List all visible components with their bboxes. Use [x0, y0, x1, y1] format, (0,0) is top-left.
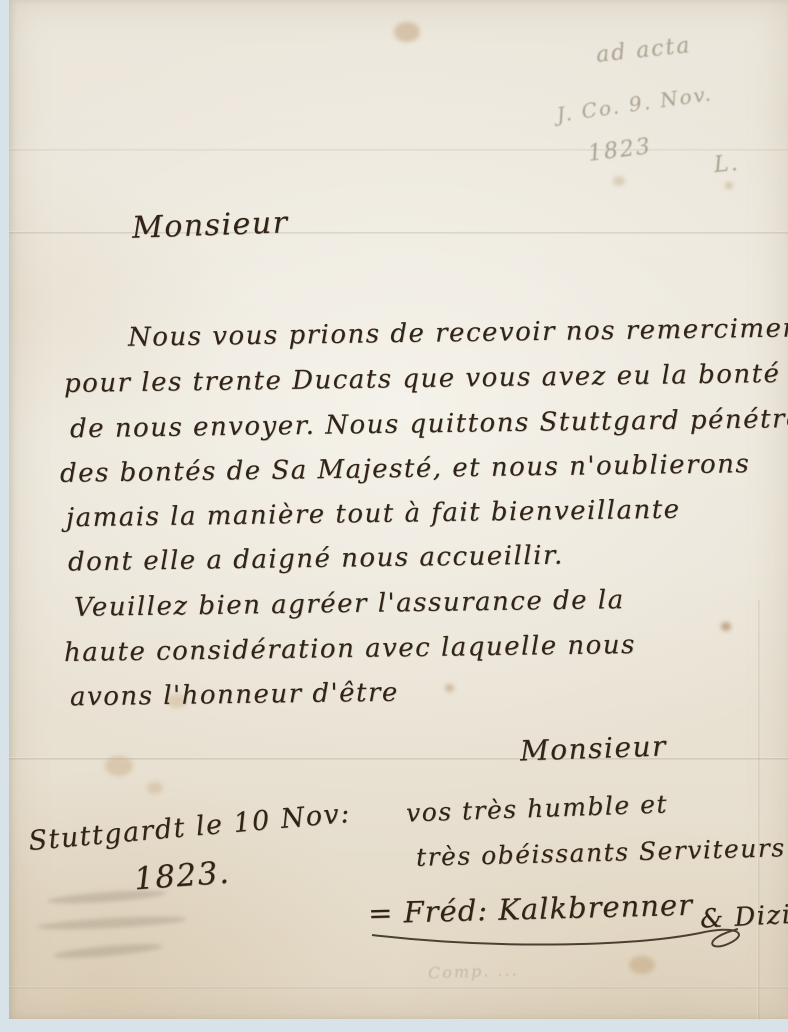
stain: [445, 684, 454, 692]
stain: [394, 22, 420, 42]
stain: [725, 182, 733, 189]
pencil-scribble: [37, 914, 187, 932]
closing-address: Monsieur: [519, 729, 667, 767]
stain: [629, 956, 655, 974]
dateline-year: 1823.: [133, 855, 232, 898]
signature-flourish: [370, 905, 770, 955]
fold-crease-upper: [9, 231, 788, 234]
stain: [613, 176, 625, 186]
fold-crease-bottom: [9, 986, 788, 989]
pencil-scribble: [53, 941, 163, 961]
stain: [105, 756, 133, 776]
body-line: avons l'honneur d'être: [70, 678, 399, 713]
stain: [147, 782, 163, 794]
fold-crease-right: [757, 600, 760, 1020]
stain: [721, 622, 731, 631]
pencil-annotation-initial: L.: [713, 151, 741, 178]
letter-scan: ad acta J. Co. 9. Nov. 1823 L. Monsieur …: [0, 0, 788, 1032]
salutation: Monsieur: [131, 205, 289, 245]
pencil-annotation-bottom: Comp. ...: [428, 960, 519, 982]
fold-crease-top: [9, 148, 788, 151]
